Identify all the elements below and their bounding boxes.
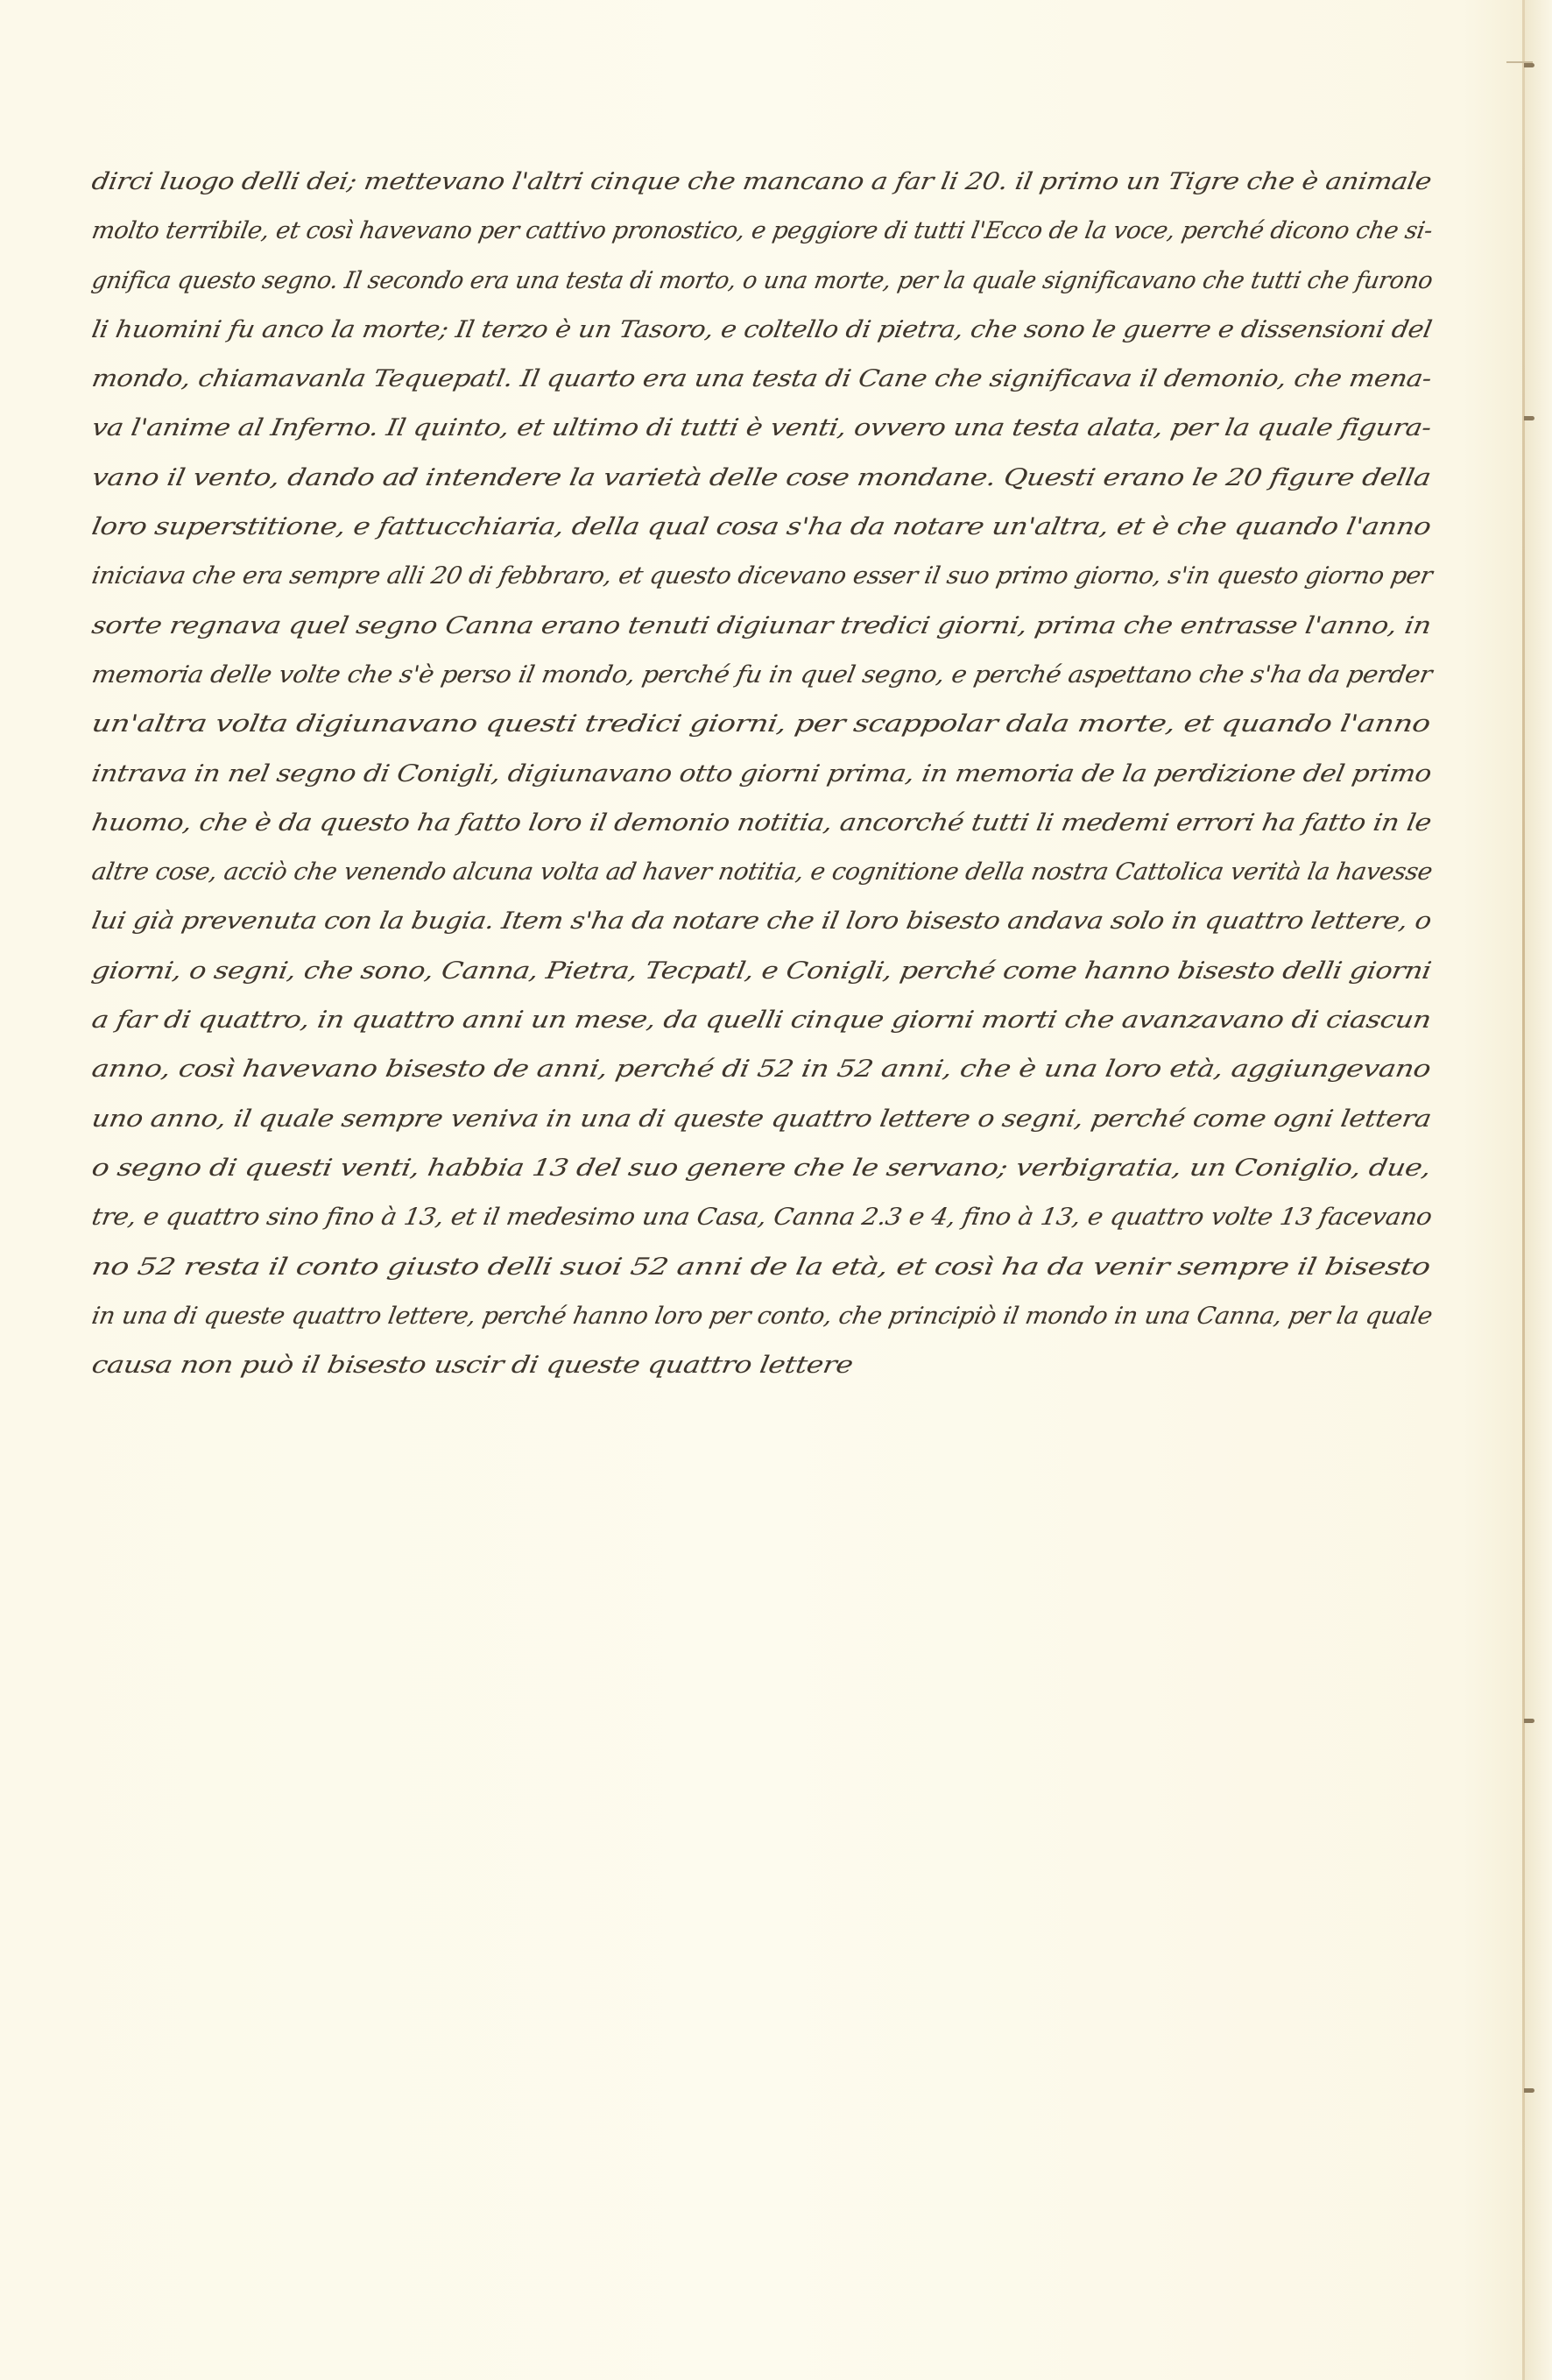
- manuscript-line: loro superstitione, e fattucchiaria, del…: [88, 503, 1463, 552]
- line-text: un'altra volta digiunavano questi tredic…: [88, 700, 1434, 749]
- line-text: giorni, o segni, che sono, Canna, Pietra…: [88, 947, 1435, 996]
- page-tab-marker: [1524, 63, 1534, 67]
- manuscript-line: memoria delle volte che s'è perso il mon…: [88, 651, 1463, 700]
- page-tab-marker: [1524, 2088, 1534, 2093]
- line-text: memoria delle volte che s'è perso il mon…: [88, 651, 1436, 700]
- manuscript-line: gnifica questo segno. Il secondo era una…: [88, 257, 1463, 306]
- underlying-page-strip: [1525, 0, 1552, 2380]
- manuscript-line: causa non può il bisesto uscir di queste…: [88, 1341, 1463, 1390]
- line-text: altre cose, acciò che venendo alcuna vol…: [88, 848, 1436, 897]
- line-text: a far di quattro, in quattro anni un mes…: [88, 996, 1435, 1045]
- manuscript-line: un'altra volta digiunavano questi tredic…: [88, 700, 1463, 749]
- manuscript-line: vano il vento, dando ad intendere la var…: [88, 454, 1463, 503]
- line-text: li huomini fu anco la morte; Il terzo è …: [88, 306, 1436, 355]
- manuscript-line: huomo, che è da questo ha fatto loro il …: [88, 799, 1463, 848]
- manuscript-line: uno anno, il quale sempre veniva in una …: [88, 1095, 1463, 1144]
- line-text: sorte regnava quel segno Canna erano ten…: [88, 602, 1435, 651]
- line-text: mondo, chiamavanla Tequepatl. Il quarto …: [88, 355, 1436, 404]
- manuscript-line: a far di quattro, in quattro anni un mes…: [88, 996, 1463, 1045]
- page-tab-marker: [1524, 1719, 1534, 1723]
- line-text: o segno di questi venti, habbia 13 del s…: [88, 1144, 1435, 1193]
- line-text: dirci luogo delli dei; mettevano l'altri…: [88, 158, 1436, 207]
- line-text: huomo, che è da questo ha fatto loro il …: [88, 799, 1436, 848]
- manuscript-line: va l'anime al Inferno. Il quinto, et ult…: [88, 404, 1463, 453]
- manuscript-line: dirci luogo delli dei; mettevano l'altri…: [88, 158, 1463, 207]
- line-text: intrava in nel segno di Conigli, digiuna…: [88, 750, 1436, 799]
- page-tab-marker: [1524, 416, 1534, 420]
- manuscript-line: sorte regnava quel segno Canna erano ten…: [88, 602, 1463, 651]
- line-text: no 52 resta il conto giusto delli suoi 5…: [88, 1243, 1434, 1292]
- manuscript-line: li huomini fu anco la morte; Il terzo è …: [88, 306, 1463, 355]
- line-text: va l'anime al Inferno. Il quinto, et ult…: [88, 404, 1435, 453]
- manuscript-line: tre, e quattro sino fino à 13, et il med…: [88, 1193, 1463, 1242]
- manuscript-line: in una di queste quattro lettere, perché…: [88, 1292, 1463, 1341]
- page-edge-shadow: [1522, 0, 1525, 2380]
- manuscript-line: giorni, o segni, che sono, Canna, Pietra…: [88, 947, 1463, 996]
- handwritten-text-block: dirci luogo delli dei; mettevano l'altri…: [88, 158, 1454, 1390]
- manuscript-line: mondo, chiamavanla Tequepatl. Il quarto …: [88, 355, 1463, 404]
- manuscript-line: o segno di questi venti, habbia 13 del s…: [88, 1144, 1463, 1193]
- line-text: vano il vento, dando ad intendere la var…: [88, 454, 1435, 503]
- line-text: gnifica questo segno. Il secondo era una…: [88, 257, 1436, 306]
- line-text: molto terribile, et così havevano per ca…: [88, 207, 1436, 256]
- manuscript-line: lui già prevenuta con la bugia. Item s'h…: [88, 897, 1463, 946]
- manuscript-line: altre cose, acciò che venendo alcuna vol…: [88, 848, 1463, 897]
- manuscript-line: anno, così havevano bisesto de anni, per…: [88, 1045, 1463, 1094]
- manuscript-line: intrava in nel segno di Conigli, digiuna…: [88, 750, 1463, 799]
- line-text: uno anno, il quale sempre veniva in una …: [88, 1095, 1435, 1144]
- manuscript-line: molto terribile, et così havevano per ca…: [88, 207, 1463, 256]
- line-text: lui già prevenuta con la bugia. Item s'h…: [88, 897, 1436, 946]
- line-text: tre, e quattro sino fino à 13, et il med…: [88, 1193, 1436, 1242]
- manuscript-line: no 52 resta il conto giusto delli suoi 5…: [88, 1243, 1463, 1292]
- line-text: anno, così havevano bisesto de anni, per…: [88, 1045, 1435, 1094]
- line-text: causa non può il bisesto uscir di queste…: [88, 1341, 857, 1390]
- manuscript-line: iniciava che era sempre alli 20 di febbr…: [88, 552, 1463, 601]
- line-text: iniciava che era sempre alli 20 di febbr…: [88, 552, 1436, 601]
- line-text: in una di queste quattro lettere, perché…: [88, 1292, 1436, 1341]
- line-text: loro superstitione, e fattucchiaria, del…: [88, 503, 1435, 552]
